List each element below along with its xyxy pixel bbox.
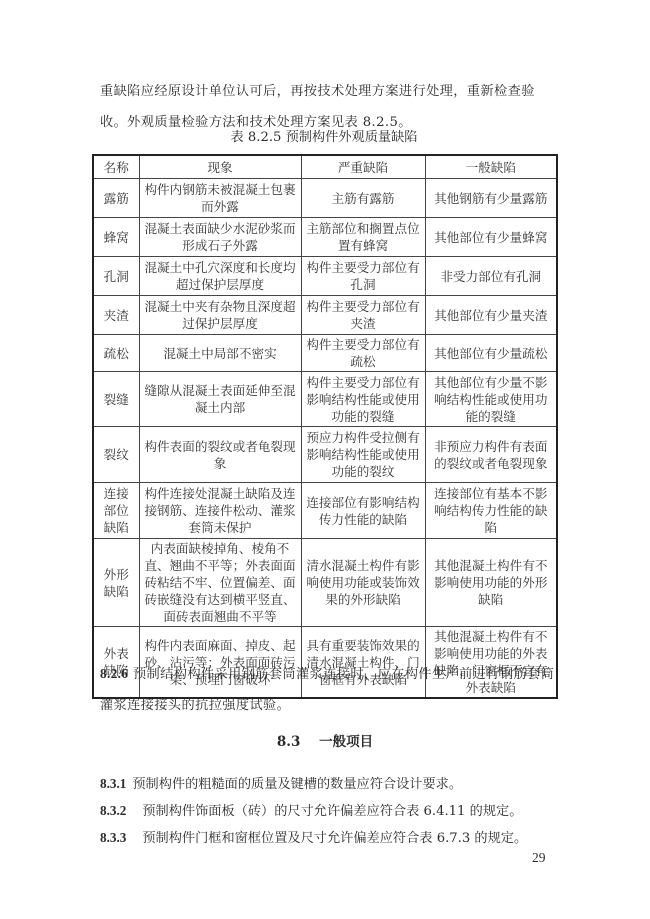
cell-general: 其他部位有少量夹渣: [425, 296, 557, 335]
cell-general: 连接部位有基本不影响结构传力性能的缺陷: [425, 483, 557, 539]
cell-serious: 主筋有露筋: [301, 179, 425, 218]
cell-phenomenon: 混凝土表面缺少水泥砂浆而形成石子外露: [139, 218, 301, 257]
clause-text: 预制构件饰面板（砖）的尺寸允许偏差应符合表 6.4.11 的规定。: [142, 804, 522, 819]
header-name: 名称: [93, 155, 139, 179]
header-phenomenon: 现象: [139, 155, 301, 179]
clause-text: 预制结构构件采用钢筋套筒灌浆连接时，应在构件生产前进行钢筋套筒灌浆连接接头的抗拉…: [100, 667, 554, 713]
table-row: 夹渣 混凝土中夹有杂物且深度超过保护层厚度 构件主要受力部位有夹渣 其他部位有少…: [93, 296, 557, 335]
cell-phenomenon: 混凝土中局部不密实: [139, 335, 301, 372]
cell-serious: 清水混凝土构件有影响使用功能或装饰效果的外形缺陷: [301, 539, 425, 627]
cell-serious: 构件主要受力部位有夹渣: [301, 296, 425, 335]
clause-8-3-3: 8.3.3预制构件门框和窗框位置及尺寸允许偏差应符合表 6.7.3 的规定。: [100, 828, 560, 849]
cell-serious: 预应力构件受拉侧有影响结构性能或使用功能的裂纹: [301, 427, 425, 483]
cell-serious: 主筋部位和搁置点位置有蜂窝: [301, 218, 425, 257]
table-row: 孔洞 混凝土中孔穴深度和长度均超过保护层厚度 构件主要受力部位有孔洞 非受力部位…: [93, 257, 557, 296]
clause-text: 预制构件门框和窗框位置及尺寸允许偏差应符合表 6.7.3 的规定。: [142, 831, 527, 846]
cell-general: 其他钢筋有少量露筋: [425, 179, 557, 218]
cell-serious: 构件主要受力部位有孔洞: [301, 257, 425, 296]
table-row: 裂缝 缝隙从混凝土表面延伸至混凝土内部 构件主要受力部位有影响结构性能或使用功能…: [93, 372, 557, 427]
cell-name: 蜂窝: [93, 218, 139, 257]
cell-general: 其他混凝土构件有不影响使用功能的外形缺陷: [425, 539, 557, 627]
table-row: 露筋 构件内钢筋未被混凝土包裹而外露 主筋有露筋 其他钢筋有少量露筋: [93, 179, 557, 218]
cell-phenomenon: 缝隙从混凝土表面延伸至混凝土内部: [139, 372, 301, 427]
clause-text: 预制构件的粗糙面的质量及键槽的数量应符合设计要求。: [132, 777, 462, 792]
clause-8-3-2: 8.3.2预制构件饰面板（砖）的尺寸允许偏差应符合表 6.4.11 的规定。: [100, 801, 560, 822]
cell-name: 裂缝: [93, 372, 139, 427]
cell-phenomenon: 构件内钢筋未被混凝土包裹而外露: [139, 179, 301, 218]
clause-number: 8.3.2: [100, 803, 126, 818]
cell-phenomenon: 混凝土中夹有杂物且深度超过保护层厚度: [139, 296, 301, 335]
section-title: 一般项目: [319, 734, 373, 750]
cell-general: 其他部位有少量蜂窝: [425, 218, 557, 257]
cell-name: 裂纹: [93, 427, 139, 483]
page-number: 29: [532, 850, 546, 866]
cell-serious: 连接部位有影响结构传力性能的缺陷: [301, 483, 425, 539]
table-row: 疏松 混凝土中局部不密实 构件主要受力部位有疏松 其他部位有少量疏松: [93, 335, 557, 372]
table-row: 连接部位缺陷 构件连接处混凝土缺陷及连接钢筋、连接件松动、灌浆套筒未保护 连接部…: [93, 483, 557, 539]
table-header-row: 名称 现象 严重缺陷 一般缺陷: [93, 155, 557, 179]
cell-phenomenon: 混凝土中孔穴深度和长度均超过保护层厚度: [139, 257, 301, 296]
cell-serious: 构件主要受力部位有影响结构性能或使用功能的裂缝: [301, 372, 425, 427]
section-heading: 8.3 一般项目: [0, 730, 650, 750]
cell-serious: 构件主要受力部位有疏松: [301, 335, 425, 372]
header-general: 一般缺陷: [425, 155, 557, 179]
cell-general: 非受力部位有孔洞: [425, 257, 557, 296]
cell-general: 非预应力构件有表面的裂纹或者龟裂现象: [425, 427, 557, 483]
table-row: 裂纹 构件表面的裂纹或者龟裂现象 预应力构件受拉侧有影响结构性能或使用功能的裂纹…: [93, 427, 557, 483]
clause-number: 8.3.3: [100, 830, 126, 845]
clause-number: 8.3.1: [100, 776, 126, 791]
section-number: 8.3: [277, 734, 301, 750]
header-serious: 严重缺陷: [301, 155, 425, 179]
defects-table: 名称 现象 严重缺陷 一般缺陷 露筋 构件内钢筋未被混凝土包裹而外露 主筋有露筋…: [92, 154, 558, 699]
cell-general: 其他部位有少量不影响结构性能或使用功能的裂缝: [425, 372, 557, 427]
cell-name: 外形缺陷: [93, 539, 139, 627]
cell-general: 其他部位有少量疏松: [425, 335, 557, 372]
clause-8-3-1: 8.3.1预制构件的粗糙面的质量及键槽的数量应符合设计要求。: [100, 774, 560, 795]
cell-name: 孔洞: [93, 257, 139, 296]
table-row: 外形缺陷 内表面缺棱掉角、棱角不直、翘曲不平等；外表面面砖粘结不牢、位置偏差、面…: [93, 539, 557, 627]
cell-name: 夹渣: [93, 296, 139, 335]
cell-name: 露筋: [93, 179, 139, 218]
clause-number: 8.2.6: [100, 666, 128, 681]
cell-name: 连接部位缺陷: [93, 483, 139, 539]
cell-phenomenon: 构件表面的裂纹或者龟裂现象: [139, 427, 301, 483]
cell-name: 疏松: [93, 335, 139, 372]
cell-phenomenon: 内表面缺棱掉角、棱角不直、翘曲不平等；外表面面砖粘结不牢、位置偏差、面砖嵌缝没有…: [139, 539, 301, 627]
table-caption: 表 8.2.5 预制构件外观质量缺陷: [92, 128, 556, 148]
cell-phenomenon: 构件连接处混凝土缺陷及连接钢筋、连接件松动、灌浆套筒未保护: [139, 483, 301, 539]
clause-8-2-6: 8.2.6 预制结构构件采用钢筋套筒灌浆连接时，应在构件生产前进行钢筋套筒灌浆连…: [100, 658, 560, 721]
table-row: 蜂窝 混凝土表面缺少水泥砂浆而形成石子外露 主筋部位和搁置点位置有蜂窝 其他部位…: [93, 218, 557, 257]
